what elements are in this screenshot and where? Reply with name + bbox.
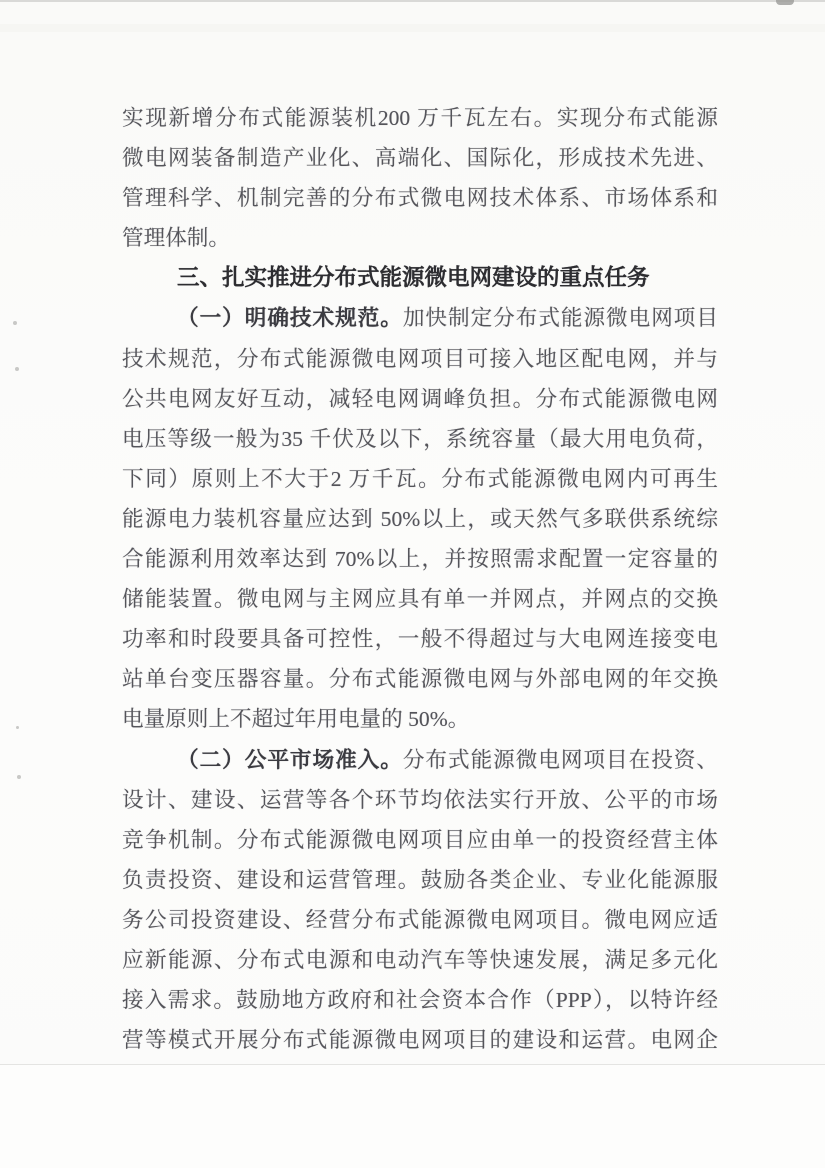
text-line: 储能装置。微电网与主网应具有单一并网点，并网点的交换 xyxy=(122,579,718,619)
text-line: 技术规范，分布式能源微电网项目可接入地区配电网，并与 xyxy=(122,339,718,379)
document-text-block: 实现新增分布式能源装机200 万千瓦左右。实现分布式能源 微电网装备制造产业化、… xyxy=(122,98,718,1060)
text-line: 合能源利用效率达到 70%以上，并按照需求配置一定容量的 xyxy=(122,539,718,579)
scan-speck xyxy=(15,367,19,371)
scan-edge-top xyxy=(0,0,825,2)
scan-bottom-margin xyxy=(0,1065,825,1168)
text-line: 能源电力装机容量应达到 50%以上，或天然气多联供系统综 xyxy=(122,499,718,539)
paragraph-first-line-rest: 分布式能源微电网项目在投资、 xyxy=(403,748,718,772)
text-line: 接入需求。鼓励地方政府和社会资本合作（PPP），以特许经 xyxy=(122,980,718,1020)
scan-speck xyxy=(13,321,17,325)
paragraph-lead: （二）公平市场准入。 xyxy=(177,748,403,772)
text-line: 电量原则上不超过年用电量的 50%。 xyxy=(122,699,718,739)
scan-smudge-band xyxy=(0,24,825,32)
text-line: （二）公平市场准入。分布式能源微电网项目在投资、 xyxy=(122,740,718,780)
paragraph-first-line-rest: 加快制定分布式能源微电网项目 xyxy=(403,306,718,330)
text-line: 务公司投资建设、经营分布式能源微电网项目。微电网应适 xyxy=(122,900,718,940)
text-line: 公共电网友好互动，减轻电网调峰负担。分布式能源微电网 xyxy=(122,379,718,419)
text-line: 管理体制。 xyxy=(122,218,718,258)
text-line: 设计、建设、运营等各个环节均依法实行开放、公平的市场 xyxy=(122,780,718,820)
text-line: 管理科学、机制完善的分布式微电网技术体系、市场体系和 xyxy=(122,178,718,218)
text-line: 负责投资、建设和运营管理。鼓励各类企业、专业化能源服 xyxy=(122,860,718,900)
text-line: （一）明确技术规范。加快制定分布式能源微电网项目 xyxy=(122,298,718,338)
text-line: 功率和时段要具备可控性，一般不得超过与大电网连接变电 xyxy=(122,619,718,659)
scan-speck xyxy=(16,726,19,729)
text-line: 营等模式开展分布式能源微电网项目的建设和运营。电网企 xyxy=(122,1020,718,1060)
text-line: 竞争机制。分布式能源微电网项目应由单一的投资经营主体 xyxy=(122,820,718,860)
text-line: 实现新增分布式能源装机200 万千瓦左右。实现分布式能源 xyxy=(122,98,718,138)
section-heading: 三、扎实推进分布式能源微电网建设的重点任务 xyxy=(122,258,718,298)
scan-speck xyxy=(17,775,21,779)
text-line: 下同）原则上不大于2 万千瓦。分布式能源微电网内可再生 xyxy=(122,459,718,499)
text-line: 电压等级一般为35 千伏及以下，系统容量（最大用电负荷， xyxy=(122,419,718,459)
text-line: 应新能源、分布式电源和电动汽车等快速发展，满足多元化 xyxy=(122,940,718,980)
scan-artifact-top-right xyxy=(776,0,794,5)
text-line: 微电网装备制造产业化、高端化、国际化，形成技术先进、 xyxy=(122,138,718,178)
text-line: 站单台变压器容量。分布式能源微电网与外部电网的年交换 xyxy=(122,659,718,699)
scanned-document-page: 实现新增分布式能源装机200 万千瓦左右。实现分布式能源 微电网装备制造产业化、… xyxy=(0,0,825,1168)
paragraph-lead: （一）明确技术规范。 xyxy=(177,306,403,330)
